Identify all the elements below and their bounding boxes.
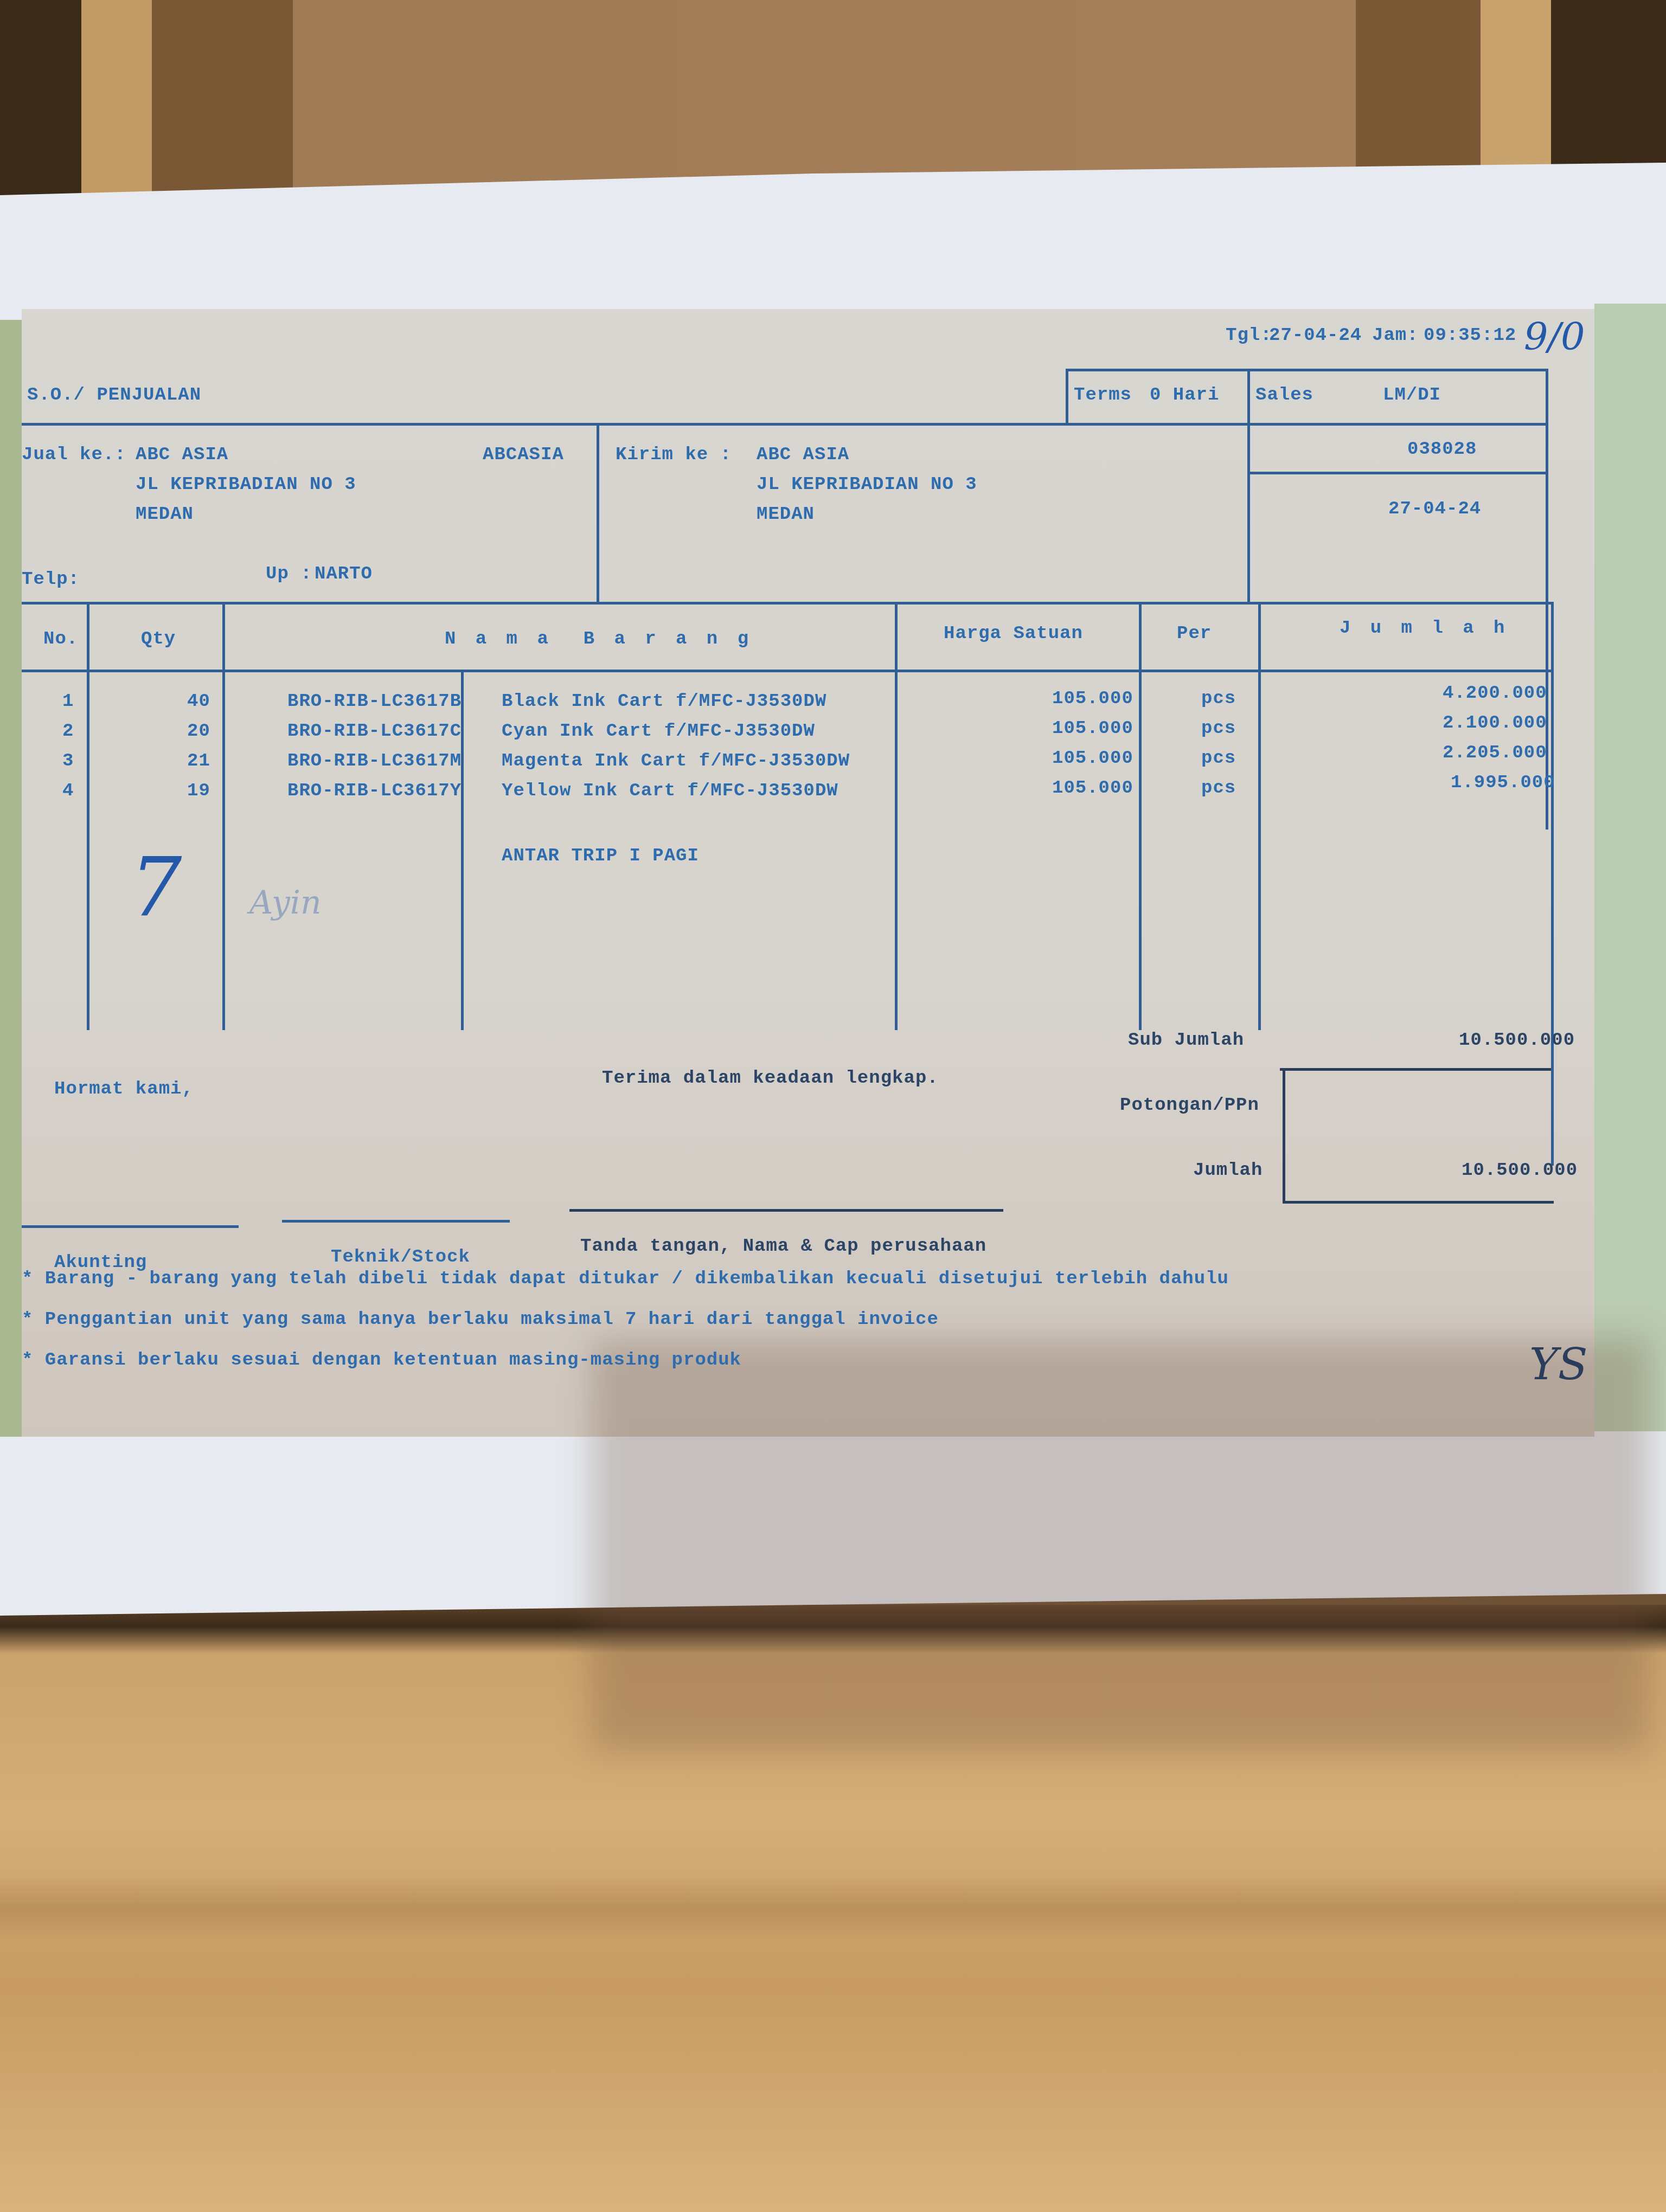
rule [895, 602, 898, 1030]
sales-value: LM/DI [1383, 385, 1441, 406]
ship-to-label: Kirim ke : [616, 445, 732, 465]
col-header-qty: Qty [141, 629, 176, 650]
row-qty: 19 [187, 781, 210, 801]
row-amount: 1.995.000 [1451, 773, 1555, 793]
document-number: 038028 [1407, 439, 1477, 460]
col-header-item-name: N a m a B a r a n g [445, 629, 753, 650]
handwritten-corner-mark: 9/0 [1524, 314, 1585, 359]
col-header-no: No. [43, 629, 78, 650]
rule [1283, 1068, 1285, 1204]
rule [222, 602, 225, 1030]
terms-note: * Barang - barang yang telah dibeli tida… [22, 1269, 1229, 1289]
ship-to-city: MEDAN [757, 504, 815, 525]
terms-value: 0 Hari [1150, 385, 1219, 406]
terms-label: Terms [1074, 385, 1132, 406]
print-time-label: Jam: [1372, 325, 1419, 346]
rule [22, 423, 1247, 426]
sold-to-city: MEDAN [136, 504, 194, 525]
rule [87, 602, 89, 1030]
signature-line-customer [569, 1209, 1003, 1212]
row-per: pcs [1201, 689, 1236, 709]
row-unit-price: 105.000 [1052, 748, 1133, 769]
paper-edge-right [1594, 304, 1666, 1431]
rule [1247, 423, 1548, 426]
print-time: 09:35:12 [1424, 325, 1516, 346]
row-qty: 40 [187, 691, 210, 712]
row-description: Magenta Ink Cart f/MFC-J3530DW [502, 751, 850, 771]
document-date: 27-04-24 [1388, 499, 1481, 519]
row-unit-price: 105.000 [1052, 778, 1133, 799]
document-title: S.O./ PENJUALAN [27, 385, 201, 406]
rule [1280, 1068, 1551, 1071]
row-no: 3 [62, 751, 74, 771]
row-code: BRO-RIB-LC3617Y [287, 781, 462, 801]
photo-shadow [591, 1339, 1649, 1751]
row-amount: 2.100.000 [1443, 713, 1547, 734]
sold-to-address: JL KEPRIBADIAN NO 3 [136, 474, 356, 495]
total-value: 10.500.000 [1462, 1160, 1578, 1181]
subtotal-value: 10.500.000 [1459, 1030, 1575, 1051]
company-sign-label: Tanda tangan, Nama & Cap perusahaan [580, 1236, 986, 1257]
discount-tax-label: Potongan/PPn [1120, 1095, 1259, 1116]
col-header-unit-price: Harga Satuan [944, 623, 1083, 644]
handwritten-ayin: Ayin [249, 884, 322, 922]
print-date: 27-04-24 [1269, 325, 1362, 346]
row-description: Yellow Ink Cart f/MFC-J3530DW [502, 781, 838, 801]
rule [22, 602, 1551, 605]
received-text: Terima dalam keadaan lengkap. [602, 1068, 939, 1089]
row-amount: 4.200.000 [1443, 683, 1547, 704]
rule [22, 670, 1551, 672]
subtotal-label: Sub Jumlah [1128, 1030, 1244, 1051]
rule [1066, 369, 1068, 423]
sales-order-receipt: S.O./ PENJUALAN Tgl: 27-04-24 Jam: 09:35… [22, 309, 1594, 1437]
row-per: pcs [1201, 748, 1236, 769]
rule [1066, 369, 1548, 371]
ship-to-address: JL KEPRIBADIAN NO 3 [757, 474, 977, 495]
row-unit-price: 105.000 [1052, 718, 1133, 739]
row-no: 4 [62, 781, 74, 801]
terms-note: * Garansi berlaku sesuai dengan ketentua… [22, 1350, 741, 1371]
sales-label: Sales [1255, 385, 1313, 406]
sold-to-code: ABCASIA [483, 445, 564, 465]
row-per: pcs [1201, 718, 1236, 739]
rule [1139, 602, 1142, 1030]
paper-edge-left [0, 320, 22, 1437]
terms-note: * Penggantian unit yang sama hanya berla… [22, 1309, 939, 1330]
row-code: BRO-RIB-LC3617C [287, 721, 462, 742]
ship-to-name: ABC ASIA [757, 445, 849, 465]
delivery-note: ANTAR TRIP I PAGI [502, 846, 699, 866]
row-description: Cyan Ink Cart f/MFC-J3530DW [502, 721, 815, 742]
sold-to-label: Jual ke.: [22, 445, 126, 465]
row-code: BRO-RIB-LC3617M [287, 751, 462, 771]
handwritten-qty-scribble: 7 [130, 840, 182, 935]
rule [1283, 1201, 1554, 1204]
sold-to-name: ABC ASIA [136, 445, 228, 465]
print-date-label: Tgl: [1226, 325, 1272, 346]
col-header-amount: J u m l a h [1340, 618, 1509, 639]
rule [1247, 472, 1548, 474]
row-no: 2 [62, 721, 74, 742]
row-no: 1 [62, 691, 74, 712]
rule [1551, 602, 1554, 1166]
row-qty: 21 [187, 751, 210, 771]
signature-line-accounting [22, 1225, 239, 1228]
rule [1247, 369, 1250, 602]
rule [597, 423, 599, 602]
row-per: pcs [1201, 778, 1236, 799]
col-header-per: Per [1177, 623, 1212, 644]
total-label: Jumlah [1193, 1160, 1263, 1181]
row-code: BRO-RIB-LC3617B [287, 691, 462, 712]
row-unit-price: 105.000 [1052, 689, 1133, 709]
signature-line-stock [282, 1220, 510, 1223]
phone-label: Telp: [22, 569, 80, 590]
attention-label: Up : [266, 564, 312, 584]
technical-stock-label: Teknik/Stock [331, 1247, 470, 1268]
row-qty: 20 [187, 721, 210, 742]
handwritten-initials: YS [1529, 1339, 1588, 1390]
row-description: Black Ink Cart f/MFC-J3530DW [502, 691, 826, 712]
regards-text: Hormat kami, [54, 1079, 194, 1099]
row-amount: 2.205.000 [1443, 743, 1547, 763]
attention-name: NARTO [315, 564, 373, 584]
rule [1258, 602, 1261, 1030]
